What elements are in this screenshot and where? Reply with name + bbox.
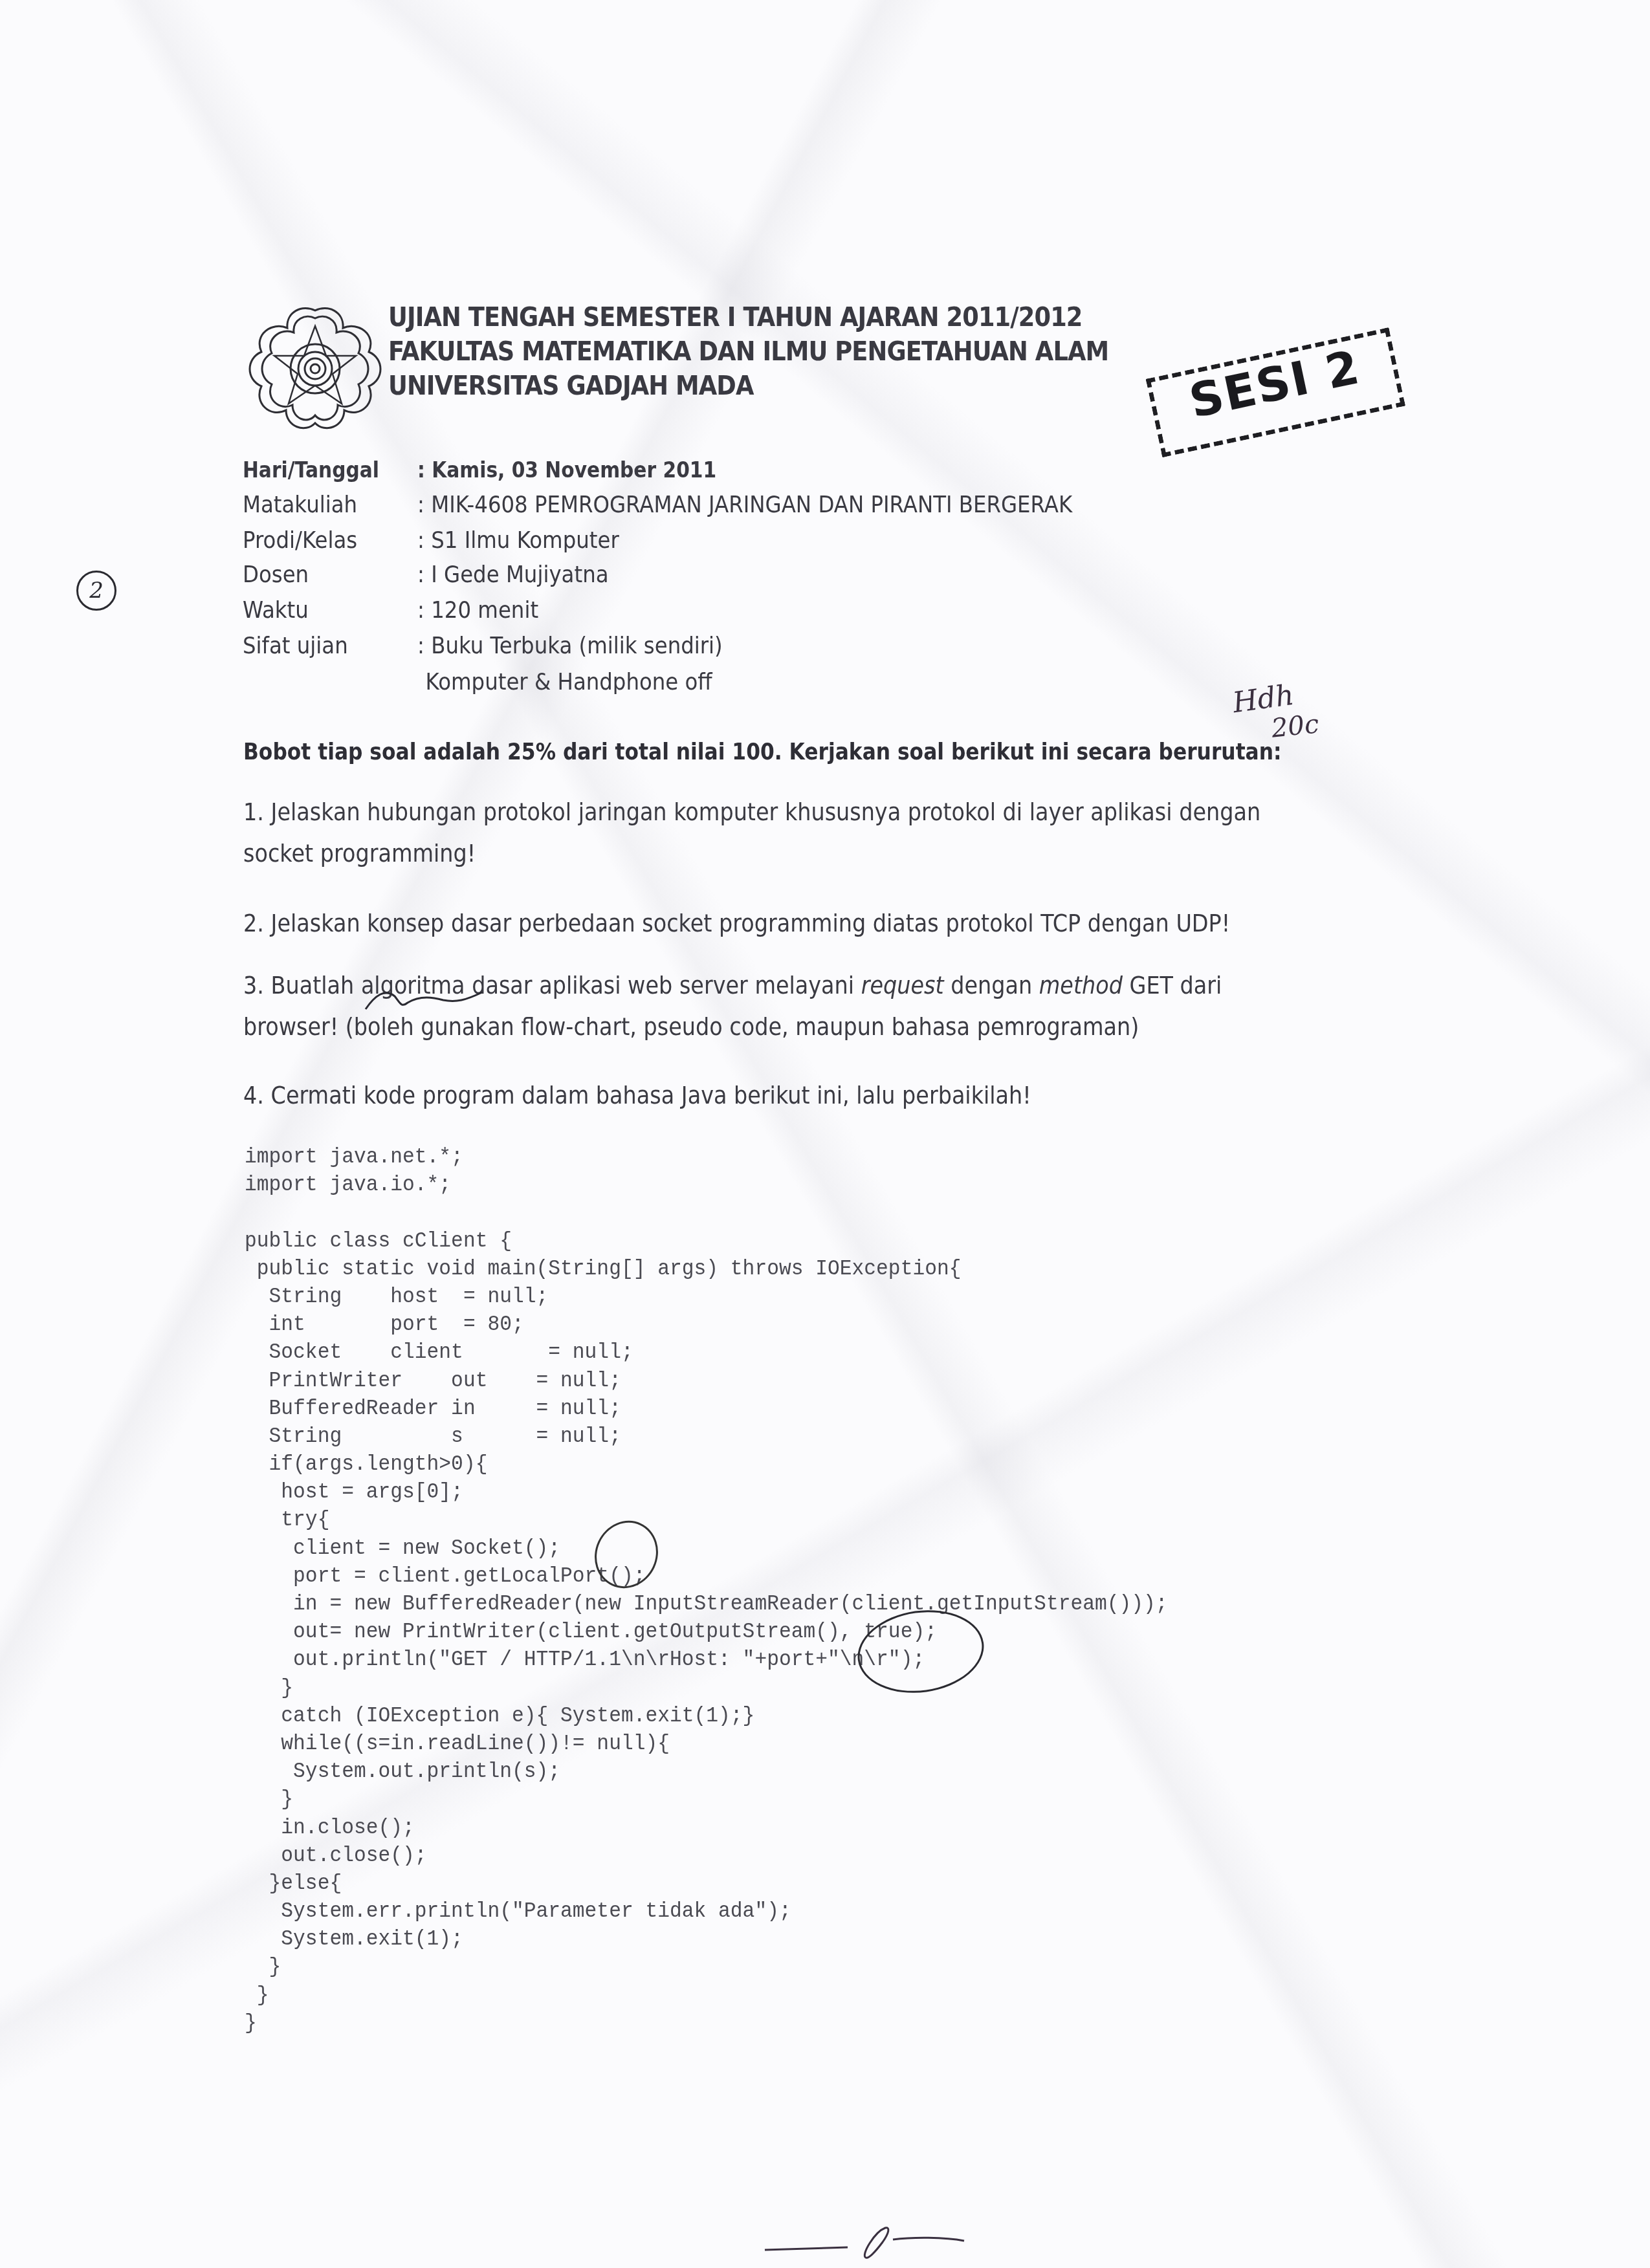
info-label: Sifat ujian (243, 633, 417, 659)
info-value: Komputer & Handphone off (417, 669, 712, 695)
page-signature-mark-icon (757, 2219, 971, 2264)
question-3-emphasis-request: request (861, 971, 944, 999)
info-row-duration: Waktu: 120 menit (243, 597, 538, 624)
code-line: System.exit(1); (245, 1926, 1168, 1954)
code-line: System.out.println(s); (245, 1758, 1168, 1786)
university-name: UNIVERSITAS GADJAH MADA (388, 371, 754, 401)
code-line: String host = null; (245, 1283, 1168, 1311)
code-line: } (245, 1954, 1168, 1981)
info-row-program: Prodi/Kelas: S1 Ilmu Komputer (243, 527, 619, 554)
info-label: Prodi/Kelas (243, 527, 417, 554)
info-label: Dosen (243, 562, 417, 588)
question-1-line-1: 1. Jelaskan hubungan protokol jaringan k… (243, 798, 1260, 826)
info-row-exam-type: Sifat ujian: Buku Terbuka (milik sendiri… (243, 633, 723, 659)
circled-number-mark: 2 (76, 571, 116, 611)
java-code-listing: import java.net.*;import java.io.*; publ… (245, 1144, 1168, 2038)
instructions: Bobot tiap soal adalah 25% dari total ni… (243, 739, 1282, 765)
code-line: BufferedReader in = null; (245, 1395, 1168, 1423)
info-row-date: Hari/Tanggal: Kamis, 03 November 2011 (243, 457, 716, 483)
code-line: }else{ (245, 1870, 1168, 1898)
question-3-text-b: dengan (944, 971, 1039, 999)
code-line: public static void main(String[] args) t… (245, 1256, 1168, 1283)
question-2: 2. Jelaskan konsep dasar perbedaan socke… (243, 909, 1230, 937)
code-line: catch (IOException e){ System.exit(1);} (245, 1703, 1168, 1730)
code-line: PrintWriter out = null; (245, 1368, 1168, 1395)
code-line: out.close(); (245, 1842, 1168, 1870)
code-line: } (245, 1982, 1168, 2010)
faculty-name: FAKULTAS MATEMATIKA DAN ILMU PENGETAHUAN… (388, 337, 1108, 367)
question-3-text-a: 3. Buatlah algoritma dasar aplikasi web … (243, 971, 861, 999)
code-line: import java.net.*; (245, 1144, 1168, 1172)
info-label (243, 669, 417, 695)
exam-title: UJIAN TENGAH SEMESTER I TAHUN AJARAN 201… (388, 303, 1083, 333)
info-value: : Buku Terbuka (milik sendiri) (417, 633, 723, 659)
info-value: : MIK-4608 PEMROGRAMAN JARINGAN DAN PIRA… (417, 492, 1072, 518)
code-line: import java.io.*; (245, 1172, 1168, 1199)
question-1-line-2: socket programming! (243, 839, 476, 867)
code-line: try{ (245, 1507, 1168, 1534)
info-value: : I Gede Mujiyatna (417, 562, 609, 588)
question-3-line-2: browser! (boleh gunakan flow-chart, pseu… (243, 1012, 1139, 1041)
session-stamp: SESI 2 (1128, 303, 1421, 486)
info-label: Waktu (243, 597, 417, 624)
code-line: client = new Socket(); (245, 1535, 1168, 1563)
question-3-emphasis-method: method (1039, 971, 1123, 999)
code-line: String s = null; (245, 1423, 1168, 1451)
code-line: } (245, 2010, 1168, 2038)
handwritten-underline-icon (362, 983, 492, 1016)
code-line: port = client.getLocalPort(); (245, 1563, 1168, 1591)
code-line: in = new BufferedReader(new InputStreamR… (245, 1591, 1168, 1619)
info-label: Hari/Tanggal (243, 457, 417, 483)
code-line: in.close(); (245, 1815, 1168, 1842)
question-3-text-c: GET dari (1123, 971, 1222, 999)
question-4: 4. Cermati kode program dalam bahasa Jav… (243, 1081, 1031, 1109)
code-line: Socket client = null; (245, 1339, 1168, 1367)
code-line: out.println("GET / HTTP/1.1\n\rHost: "+p… (245, 1646, 1168, 1674)
info-row-exam-type-note: Komputer & Handphone off (243, 669, 712, 695)
info-row-lecturer: Dosen: I Gede Mujiyatna (243, 562, 609, 588)
info-value: : 120 menit (417, 597, 538, 624)
ugm-seal-icon (241, 299, 390, 438)
info-label: Matakuliah (243, 492, 417, 518)
code-line: int port = 80; (245, 1311, 1168, 1339)
code-line (245, 1199, 1168, 1227)
code-line: } (245, 1786, 1168, 1814)
code-line: while((s=in.readLine())!= null){ (245, 1730, 1168, 1758)
info-row-course: Matakuliah: MIK-4608 PEMROGRAMAN JARINGA… (243, 492, 1072, 518)
code-line: public class cClient { (245, 1228, 1168, 1256)
code-line: System.err.println("Parameter tidak ada"… (245, 1898, 1168, 1926)
info-value: : S1 Ilmu Komputer (417, 527, 619, 554)
info-value: : Kamis, 03 November 2011 (417, 457, 716, 483)
code-line: } (245, 1675, 1168, 1703)
code-line: host = args[0]; (245, 1479, 1168, 1507)
code-line: if(args.length>0){ (245, 1451, 1168, 1479)
code-line: out= new PrintWriter(client.getOutputStr… (245, 1619, 1168, 1646)
